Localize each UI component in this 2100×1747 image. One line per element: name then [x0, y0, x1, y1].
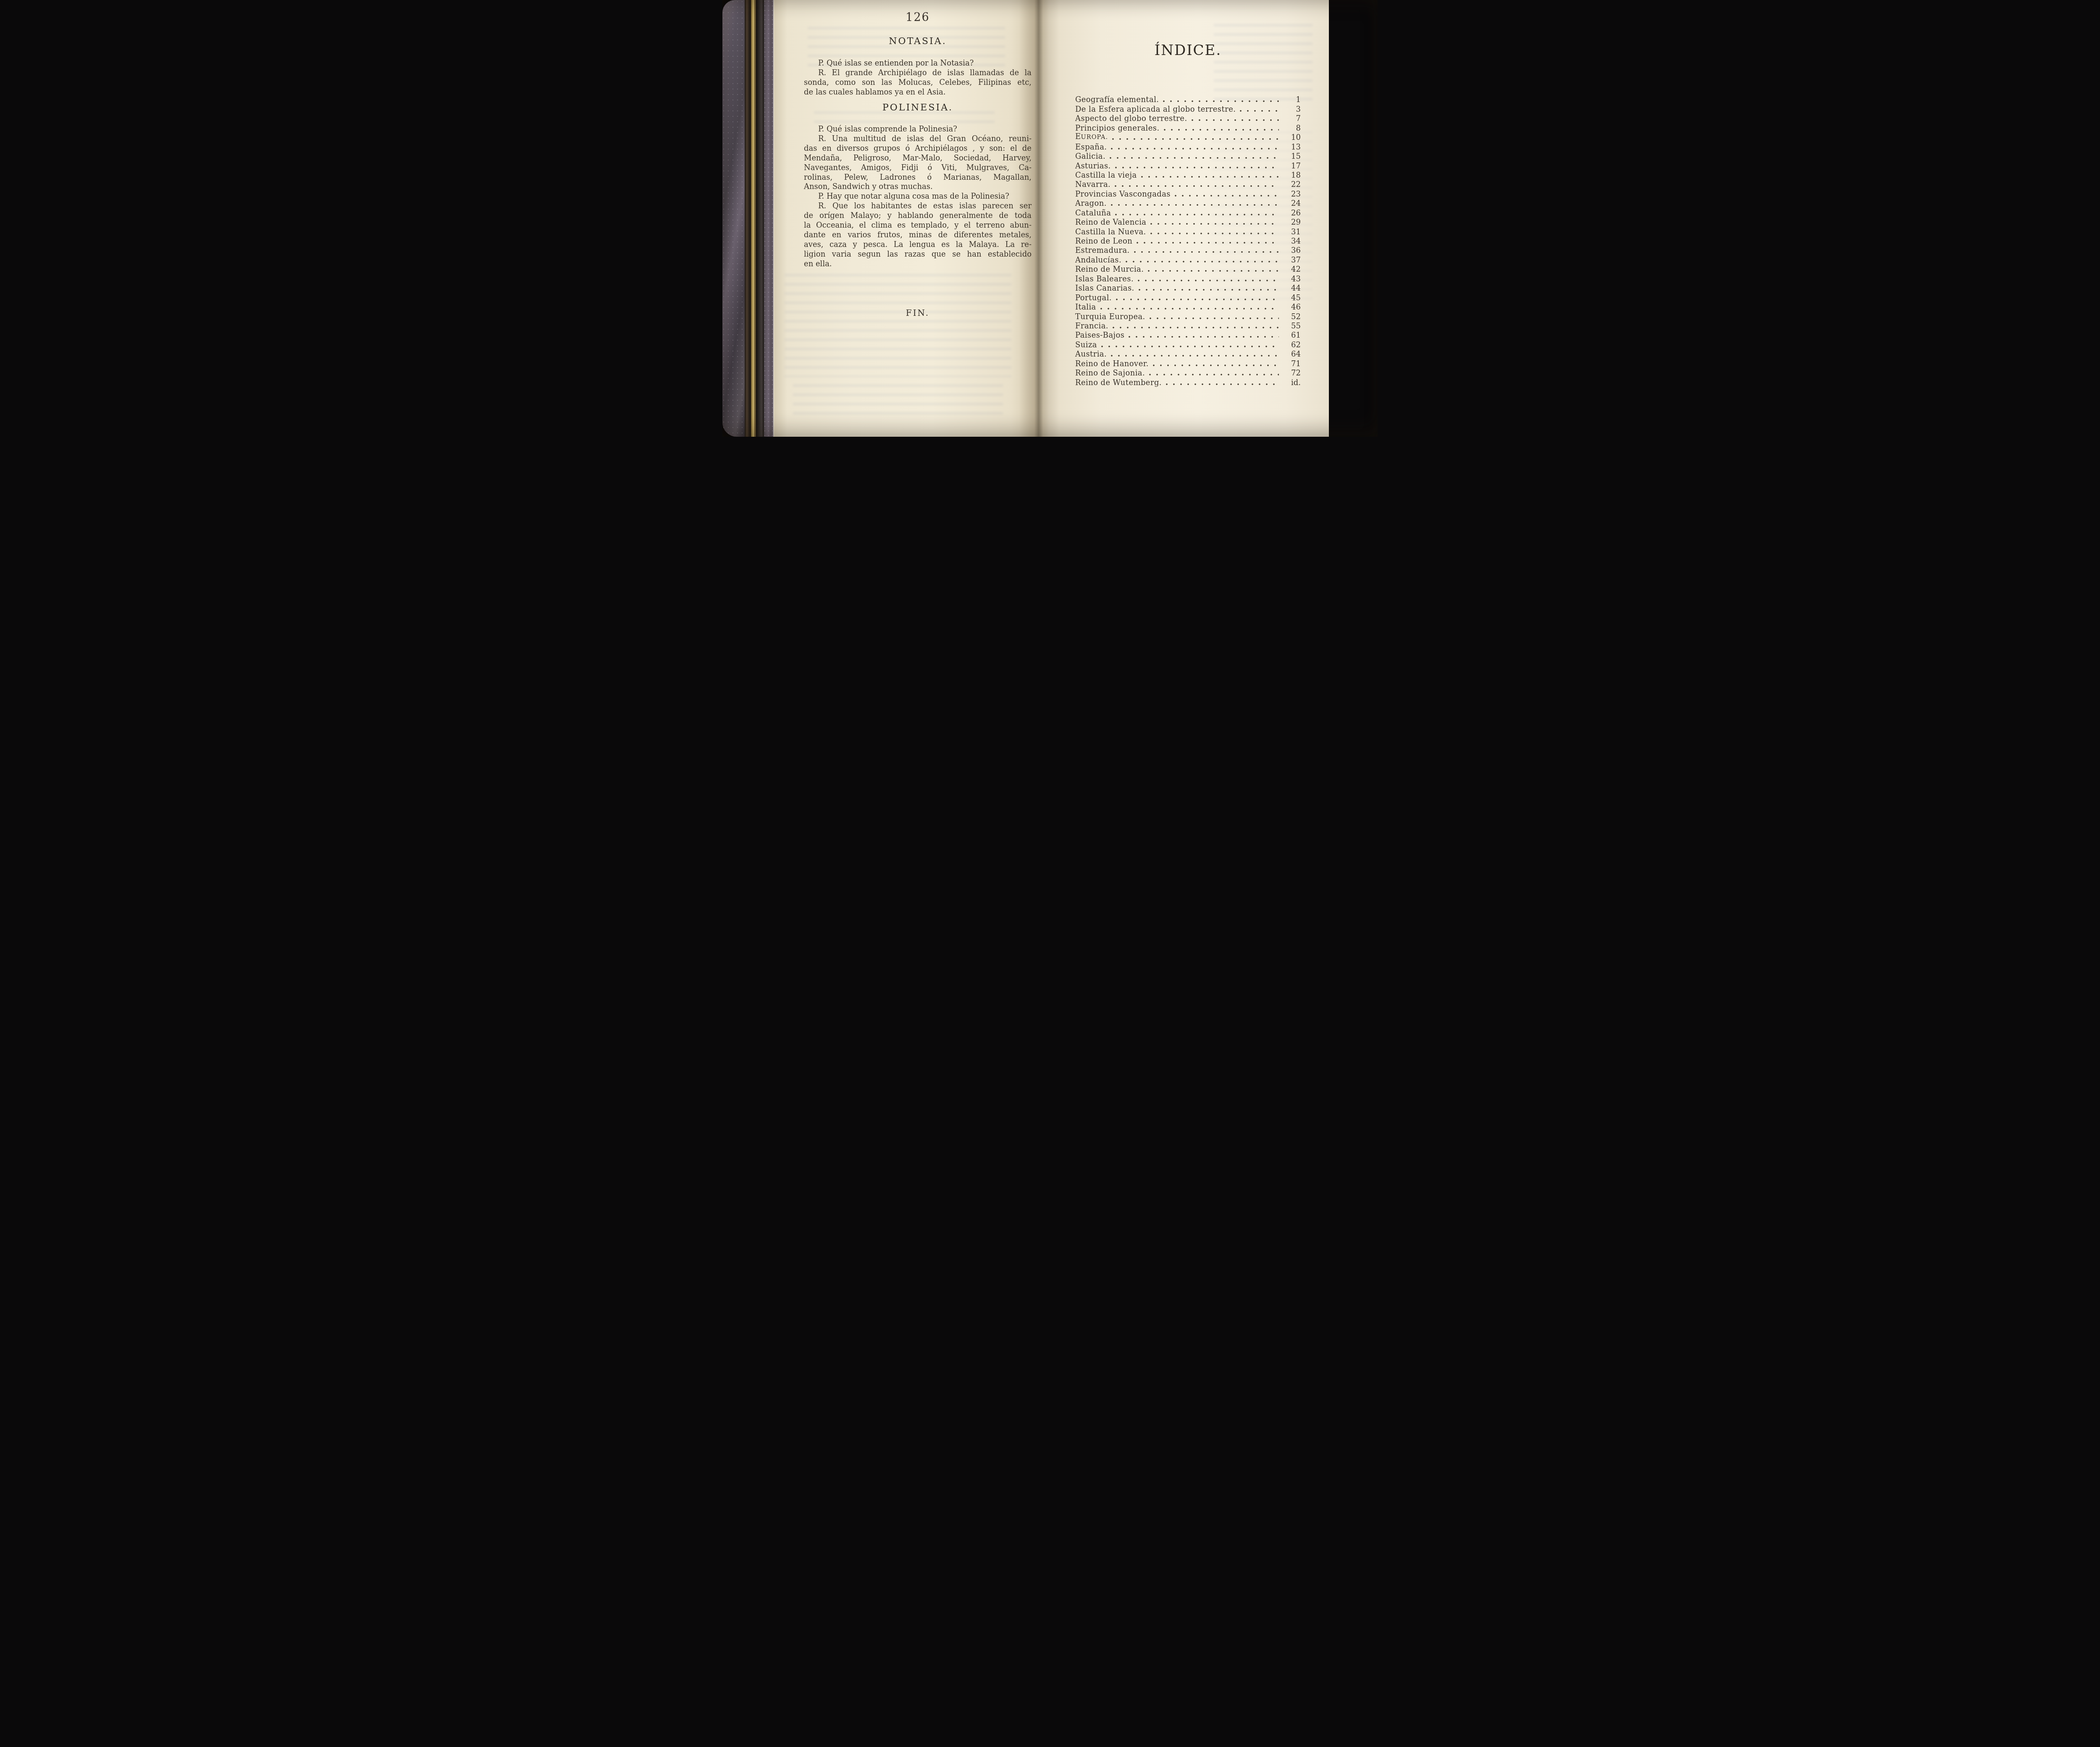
- index-row: Portugal.45: [1075, 293, 1301, 302]
- text-line: aves, caza y pesca. La lengua es la Mala…: [804, 240, 1032, 250]
- index-entry-page: id.: [1282, 378, 1301, 387]
- dot-leader: [1163, 100, 1279, 102]
- index-entry-page: 43: [1282, 275, 1301, 283]
- dot-leader: [1111, 148, 1279, 150]
- index-row: Islas Canarias.44: [1075, 283, 1301, 293]
- index-row: Aspecto del globo terrestre.7: [1075, 114, 1301, 123]
- dot-leader: [1164, 129, 1279, 131]
- text-line: P. Hay que notar alguna cosa mas de la P…: [804, 192, 1032, 202]
- index-entry-label: Paises-Bajos: [1075, 331, 1124, 340]
- index-entry-label: Islas Baleares.: [1075, 275, 1134, 283]
- index-entry-page: 18: [1282, 171, 1301, 180]
- index-entry-page: 3: [1282, 105, 1301, 114]
- index-entry-page: 10: [1282, 133, 1301, 142]
- index-entry-page: 36: [1282, 246, 1301, 255]
- index-entry-page: 22: [1282, 180, 1301, 189]
- index-entry-page: 46: [1282, 303, 1301, 312]
- text-line: R. El grande Archipiélago de islas llama…: [804, 68, 1032, 78]
- index-entry-page: 52: [1282, 312, 1301, 321]
- dot-leader: [1137, 242, 1279, 244]
- index-entry-label: Galicia.: [1075, 152, 1105, 161]
- dot-leader: [1111, 355, 1279, 357]
- index-entry-label: Castilla la Nueva.: [1075, 228, 1146, 236]
- left-metal-edge: [722, 0, 774, 437]
- index-entry-page: 64: [1282, 350, 1301, 359]
- left-page: 126 NOTASIA. P. Qué islas se entienden p…: [774, 0, 1037, 437]
- index-row: Reino de Hanover.71: [1075, 359, 1301, 368]
- index-row: Navarra.22: [1075, 180, 1301, 189]
- index-entry-page: 31: [1282, 228, 1301, 236]
- index-row: Cataluña26: [1075, 208, 1301, 217]
- text-line: P. Qué islas comprende la Polinesia?: [804, 125, 1032, 134]
- index-row: Provincias Vascongadas23: [1075, 189, 1301, 198]
- index-entry-label: Reino de Sajonia.: [1075, 369, 1145, 378]
- dot-leader: [1110, 157, 1279, 159]
- index-row: Suiza62: [1075, 340, 1301, 349]
- index-entry-label: De la Esfera aplicada al globo terrestre…: [1075, 105, 1236, 114]
- dot-leader: [1150, 317, 1279, 319]
- index-entry-page: 23: [1282, 190, 1301, 199]
- index-entry-label: Italia: [1075, 303, 1096, 312]
- text-line: de orígen Malayo; y hablando generalment…: [804, 211, 1032, 221]
- heading-polinesia: POLINESIA.: [804, 102, 1032, 113]
- index-entry-label: Asturias.: [1075, 162, 1111, 171]
- index-entry-label: Portugal.: [1075, 294, 1112, 302]
- index-row: Galicia.15: [1075, 152, 1301, 161]
- index-entry-label: Aragon.: [1075, 199, 1107, 208]
- dot-leader: [1149, 374, 1279, 375]
- dot-leader: [1150, 223, 1279, 225]
- index-row: Islas Baleares.43: [1075, 274, 1301, 283]
- dot-leader: [1115, 214, 1279, 215]
- text-line: Anson, Sandwich y otras muchas.: [804, 182, 1032, 192]
- index-entry-label: Cataluña: [1075, 209, 1111, 218]
- index-entry-page: 13: [1282, 143, 1301, 152]
- dot-leader: [1148, 270, 1279, 272]
- left-metal-brown-strip: [745, 0, 751, 437]
- dot-leader: [1166, 383, 1279, 385]
- index-row: EUROPA.10: [1075, 133, 1301, 142]
- index-row: Reino de Murcia.42: [1075, 265, 1301, 274]
- dot-leader: [1153, 365, 1279, 366]
- dot-leader: [1139, 289, 1279, 291]
- index-row: Asturias.17: [1075, 161, 1301, 170]
- text-line: P. Qué islas se entienden por la Notasia…: [804, 59, 1032, 68]
- heading-indice: ÍNDICE.: [1075, 42, 1301, 59]
- book-photo: 126 NOTASIA. P. Qué islas se entienden p…: [722, 0, 1378, 437]
- index-entry-label: Reino de Wutemberg.: [1075, 378, 1162, 387]
- index-entry-page: 15: [1282, 152, 1301, 161]
- index-entry-label: Reino de Leon: [1075, 237, 1132, 246]
- index-entry-page: 72: [1282, 369, 1301, 378]
- dot-leader: [1175, 195, 1279, 197]
- index-entry-label: Andalucías.: [1075, 256, 1121, 265]
- notasia-paragraphs: P. Qué islas se entienden por la Notasia…: [804, 59, 1032, 97]
- left-metal-brass-strip: [751, 0, 756, 437]
- index-row: Reino de Wutemberg.id.: [1075, 378, 1301, 387]
- dot-leader: [1116, 299, 1279, 300]
- index-row: Paises-Bajos61: [1075, 331, 1301, 340]
- index-entry-page: 34: [1282, 237, 1301, 246]
- text-line: rolinas, Pelew, Ladrones ó Marianas, Mag…: [804, 173, 1032, 183]
- index-row: Austria.64: [1075, 349, 1301, 359]
- left-page-text-column: 126 NOTASIA. P. Qué islas se entienden p…: [804, 0, 1032, 437]
- dot-leader: [1111, 204, 1279, 206]
- index-entry-page: 1: [1282, 95, 1301, 104]
- dot-leader: [1112, 138, 1279, 140]
- text-line: das en diversos grupos ó Archipiélagos ,…: [804, 144, 1032, 154]
- dot-leader: [1113, 327, 1279, 328]
- dot-leader: [1134, 251, 1279, 253]
- dot-leader: [1115, 185, 1279, 187]
- index-entry-label: Estremadura.: [1075, 246, 1130, 255]
- dot-leader: [1101, 346, 1279, 347]
- text-line: sonda, como son las Molucas, Celebes, Fi…: [804, 78, 1032, 88]
- left-metal-speckled-band: [764, 0, 773, 437]
- index-entry-label: Francia.: [1075, 322, 1108, 331]
- index-entry-page: 26: [1282, 209, 1301, 218]
- heading-notasia: NOTASIA.: [804, 36, 1032, 47]
- dot-leader: [1129, 336, 1279, 338]
- index-row: Estremadura.36: [1075, 246, 1301, 255]
- left-metal-dark-groove: [756, 0, 764, 437]
- index-entry-label: Reino de Hanover.: [1075, 359, 1149, 368]
- index-entry-label: Navarra.: [1075, 180, 1110, 189]
- index-entry-label: EUROPA.: [1075, 132, 1108, 142]
- index-entry-label: Castilla la vieja: [1075, 171, 1137, 180]
- index-row: Reino de Valencia29: [1075, 218, 1301, 227]
- index-entry-page: 44: [1282, 284, 1301, 293]
- index-entry-page: 29: [1282, 218, 1301, 227]
- index-entry-label: Austria.: [1075, 350, 1107, 359]
- text-line: en ella.: [804, 260, 1032, 269]
- left-metal-plate: [722, 0, 745, 437]
- index-entry-page: 61: [1282, 331, 1301, 340]
- index-entry-page: 17: [1282, 162, 1301, 171]
- index-row: Castilla la vieja18: [1075, 171, 1301, 180]
- index-row: Reino de Leon34: [1075, 236, 1301, 246]
- index-entry-page: 7: [1282, 114, 1301, 123]
- index-entry-label: España.: [1075, 143, 1107, 152]
- index-row: España.13: [1075, 142, 1301, 151]
- text-line: R. Que los habitantes de estas islas par…: [804, 202, 1032, 211]
- index-list: Geografía elemental.1De la Esfera aplica…: [1075, 95, 1301, 387]
- text-line: dante en varios frutos, minas de diferen…: [804, 231, 1032, 240]
- fin-label: FIN.: [804, 308, 1032, 318]
- dot-leader: [1138, 280, 1279, 281]
- index-entry-page: 42: [1282, 265, 1301, 274]
- index-entry-page: 24: [1282, 199, 1301, 208]
- index-row: Reino de Sajonia.72: [1075, 368, 1301, 378]
- index-row: Castilla la Nueva.31: [1075, 227, 1301, 236]
- index-entry-page: 55: [1282, 322, 1301, 331]
- index-entry-page: 71: [1282, 359, 1301, 368]
- index-column: ÍNDICE. Geografía elemental.1De la Esfer…: [1075, 0, 1301, 437]
- index-entry-label: Reino de Valencia: [1075, 218, 1146, 227]
- index-entry-page: 45: [1282, 294, 1301, 302]
- index-entry-label: Reino de Murcia.: [1075, 265, 1144, 274]
- text-line: la Occeania, el clima es templado, y el …: [804, 221, 1032, 231]
- index-row: De la Esfera aplicada al globo terrestre…: [1075, 104, 1301, 113]
- index-row: Geografía elemental.1: [1075, 95, 1301, 104]
- index-row: Aragon.24: [1075, 199, 1301, 208]
- index-entry-page: 37: [1282, 256, 1301, 265]
- text-line: ligion varia segun las razas que se han …: [804, 250, 1032, 260]
- index-row: Andalucías.37: [1075, 255, 1301, 264]
- text-line: de las cuales hablamos ya en el Asia.: [804, 88, 1032, 97]
- index-entry-page: 62: [1282, 341, 1301, 349]
- index-entry-label: Islas Canarias.: [1075, 284, 1134, 293]
- text-line: Mendaña, Peligroso, Mar-Malo, Sociedad, …: [804, 154, 1032, 163]
- dot-leader: [1126, 261, 1279, 262]
- page-number: 126: [804, 11, 1032, 24]
- index-row: Turquia Europea.52: [1075, 312, 1301, 321]
- text-line: Navegantes, Amigos, Fidji ó Viti, Mulgra…: [804, 163, 1032, 173]
- index-entry-label: Turquia Europea.: [1075, 312, 1145, 321]
- index-entry-label: Geografía elemental.: [1075, 95, 1159, 104]
- index-entry-page: 8: [1282, 124, 1301, 133]
- dot-leader: [1141, 176, 1279, 178]
- index-row: Principios generales.8: [1075, 123, 1301, 132]
- dot-leader: [1100, 308, 1279, 310]
- index-row: Italia46: [1075, 302, 1301, 312]
- dot-leader: [1150, 233, 1279, 234]
- index-row: Francia.55: [1075, 321, 1301, 331]
- right-page: ÍNDICE. Geografía elemental.1De la Esfer…: [1037, 0, 1329, 437]
- text-line: R. Una multitud de islas del Gran Océano…: [804, 134, 1032, 144]
- polinesia-paragraphs: P. Qué islas comprende la Polinesia?R. U…: [804, 125, 1032, 269]
- dot-leader: [1240, 110, 1279, 112]
- index-entry-label: Principios generales.: [1075, 124, 1160, 133]
- index-entry-label: Provincias Vascongadas: [1075, 190, 1171, 199]
- index-entry-label: Suiza: [1075, 341, 1097, 349]
- dot-leader: [1192, 119, 1279, 121]
- dot-leader: [1115, 167, 1279, 168]
- index-entry-label: Aspecto del globo terrestre.: [1075, 114, 1187, 123]
